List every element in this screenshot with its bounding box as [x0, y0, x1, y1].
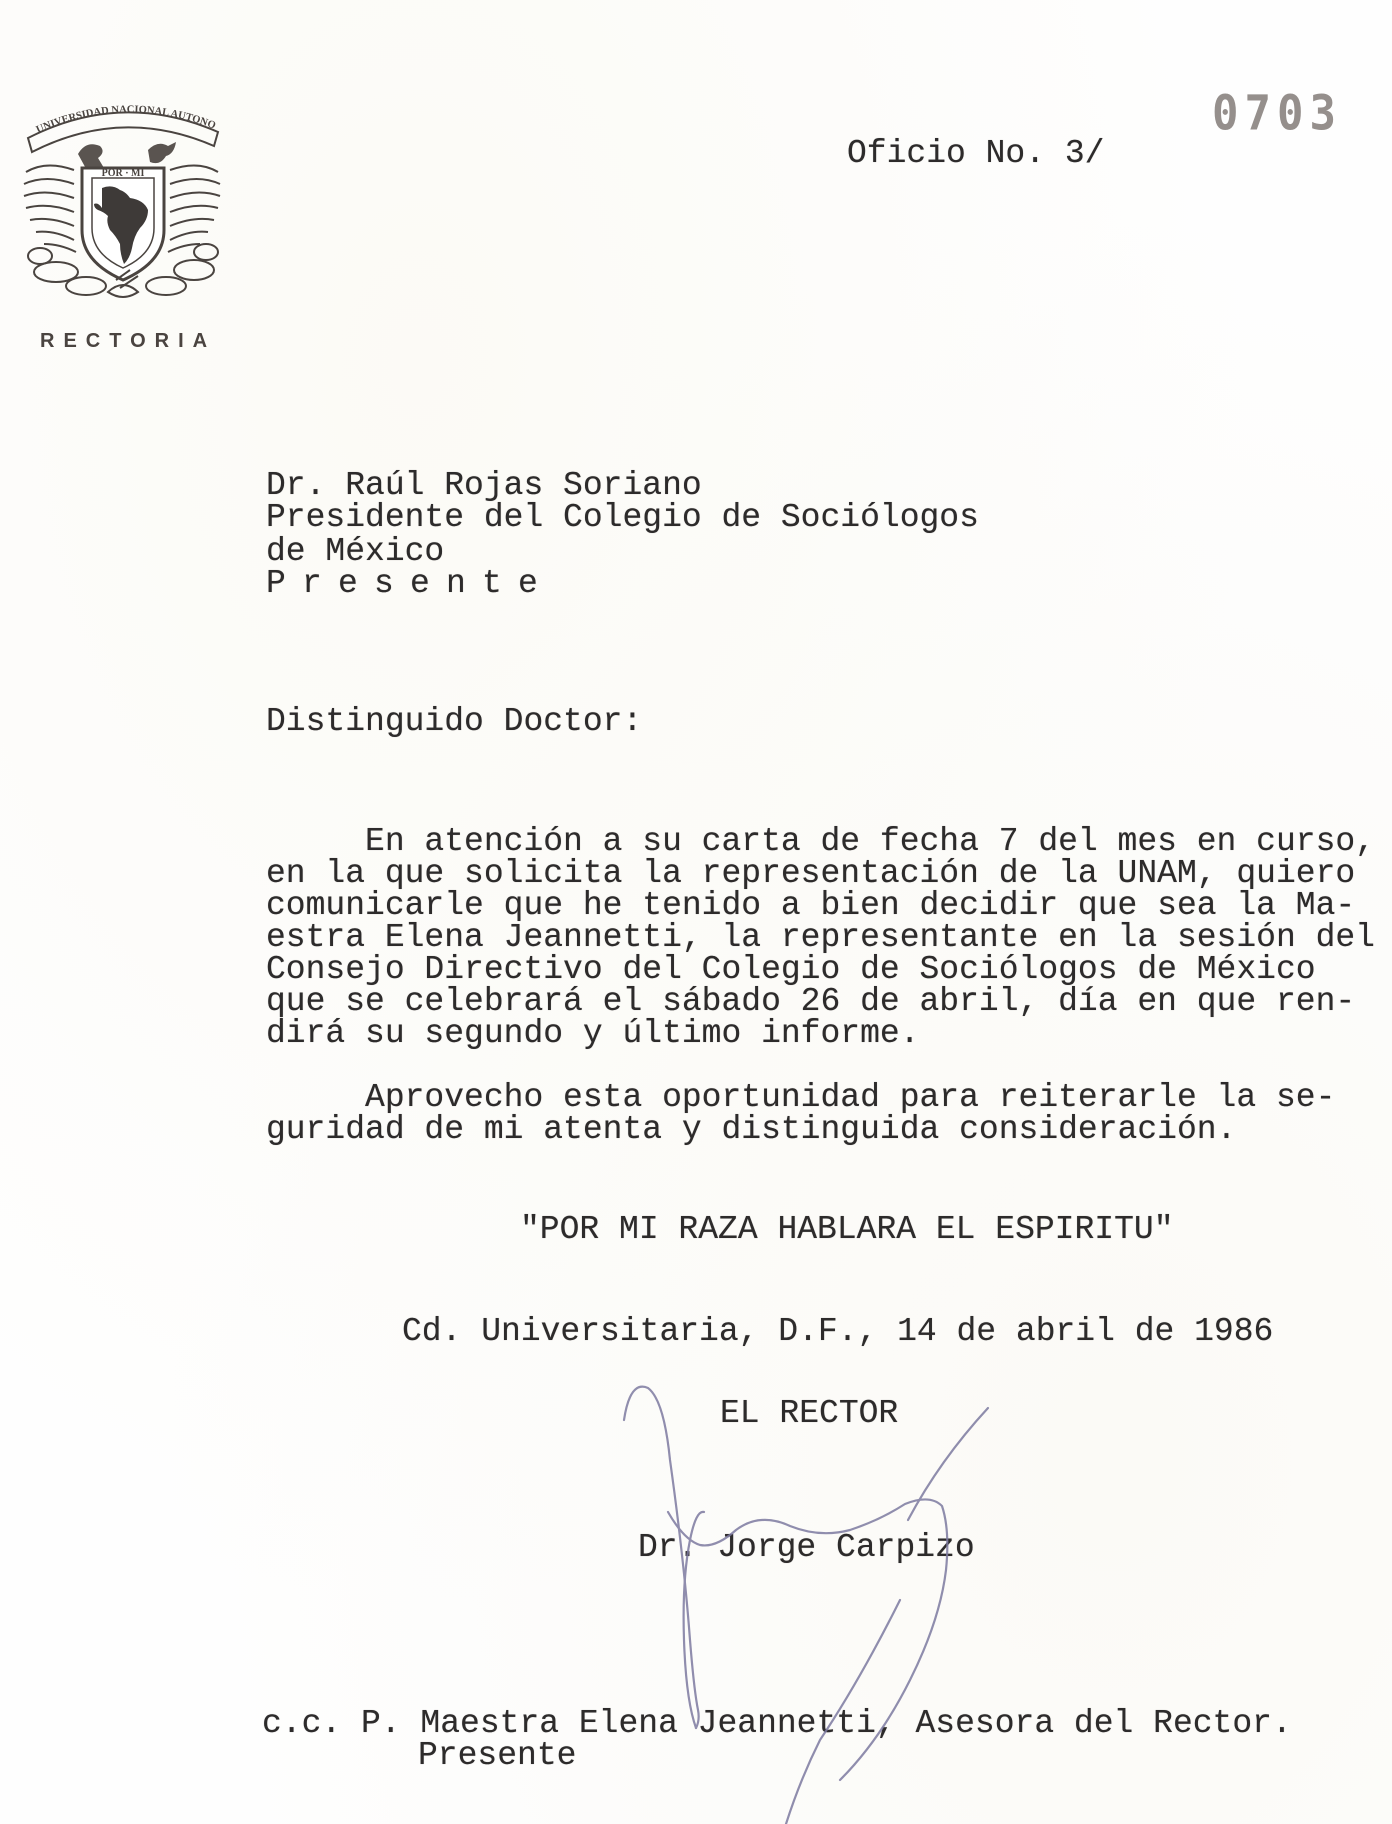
- paragraph-line: comunicarle que he tenido a bien decidir…: [266, 890, 1392, 922]
- paragraph-line: en la que solicita la representación de …: [266, 858, 1392, 890]
- salutation: Distinguido Doctor:: [266, 706, 642, 738]
- paragraph-line: guridad de mi atenta y distinguida consi…: [266, 1114, 1392, 1146]
- university-motto: "POR MI RAZA HABLARA EL ESPIRITU": [520, 1214, 1174, 1246]
- paragraph-line: Aprovecho esta oportunidad para reiterar…: [266, 1082, 1392, 1114]
- place-and-date: Cd. Universitaria, D.F., 14 de abril de …: [402, 1316, 1273, 1348]
- svg-text:UNIVERSIDAD NACIONAL AUTONOMA: UNIVERSIDAD NACIONAL AUTONOMA DE MEXICO: [16, 92, 217, 136]
- body-paragraph-2: Aprovecho esta oportunidad para reiterar…: [266, 1082, 1392, 1146]
- recipient-presente: Presente: [266, 568, 554, 600]
- document-stamp-number: 0703: [1212, 85, 1342, 141]
- paragraph-line: Consejo Directivo del Colegio de Sociólo…: [266, 954, 1392, 986]
- recipient-title-line1: Presidente del Colegio de Sociólogos: [266, 502, 979, 534]
- office-label: RECTORIA: [40, 330, 216, 353]
- paragraph-line: En atención a su carta de fecha 7 del me…: [266, 826, 1392, 858]
- carbon-copy-line: c.c. P. Maestra Elena Jeannetti, Asesora…: [262, 1708, 1292, 1740]
- signatory-name: Dr. Jorge Carpizo: [638, 1532, 975, 1564]
- recipient-title-line2: de México: [266, 536, 444, 568]
- carbon-copy-presente: Presente: [418, 1740, 576, 1772]
- svg-text:POR · MI: POR · MI: [102, 168, 145, 179]
- seal-emblem-icon: UNIVERSIDAD NACIONAL AUTONOMA DE MEXICO: [16, 92, 228, 304]
- paragraph-line: dirá su segundo y último informe.: [266, 1018, 1392, 1050]
- signatory-title: EL RECTOR: [720, 1398, 898, 1430]
- paragraph-line: estra Elena Jeannetti, la representante …: [266, 922, 1392, 954]
- paragraph-line: que se celebrará el sábado 26 de abril, …: [266, 986, 1392, 1018]
- reference-number: Oficio No. 3/: [847, 138, 1104, 170]
- unam-seal-logo: UNIVERSIDAD NACIONAL AUTONOMA DE MEXICO: [16, 92, 228, 304]
- recipient-name: Dr. Raúl Rojas Soriano: [266, 470, 702, 502]
- body-paragraph-1: En atención a su carta de fecha 7 del me…: [266, 826, 1392, 1050]
